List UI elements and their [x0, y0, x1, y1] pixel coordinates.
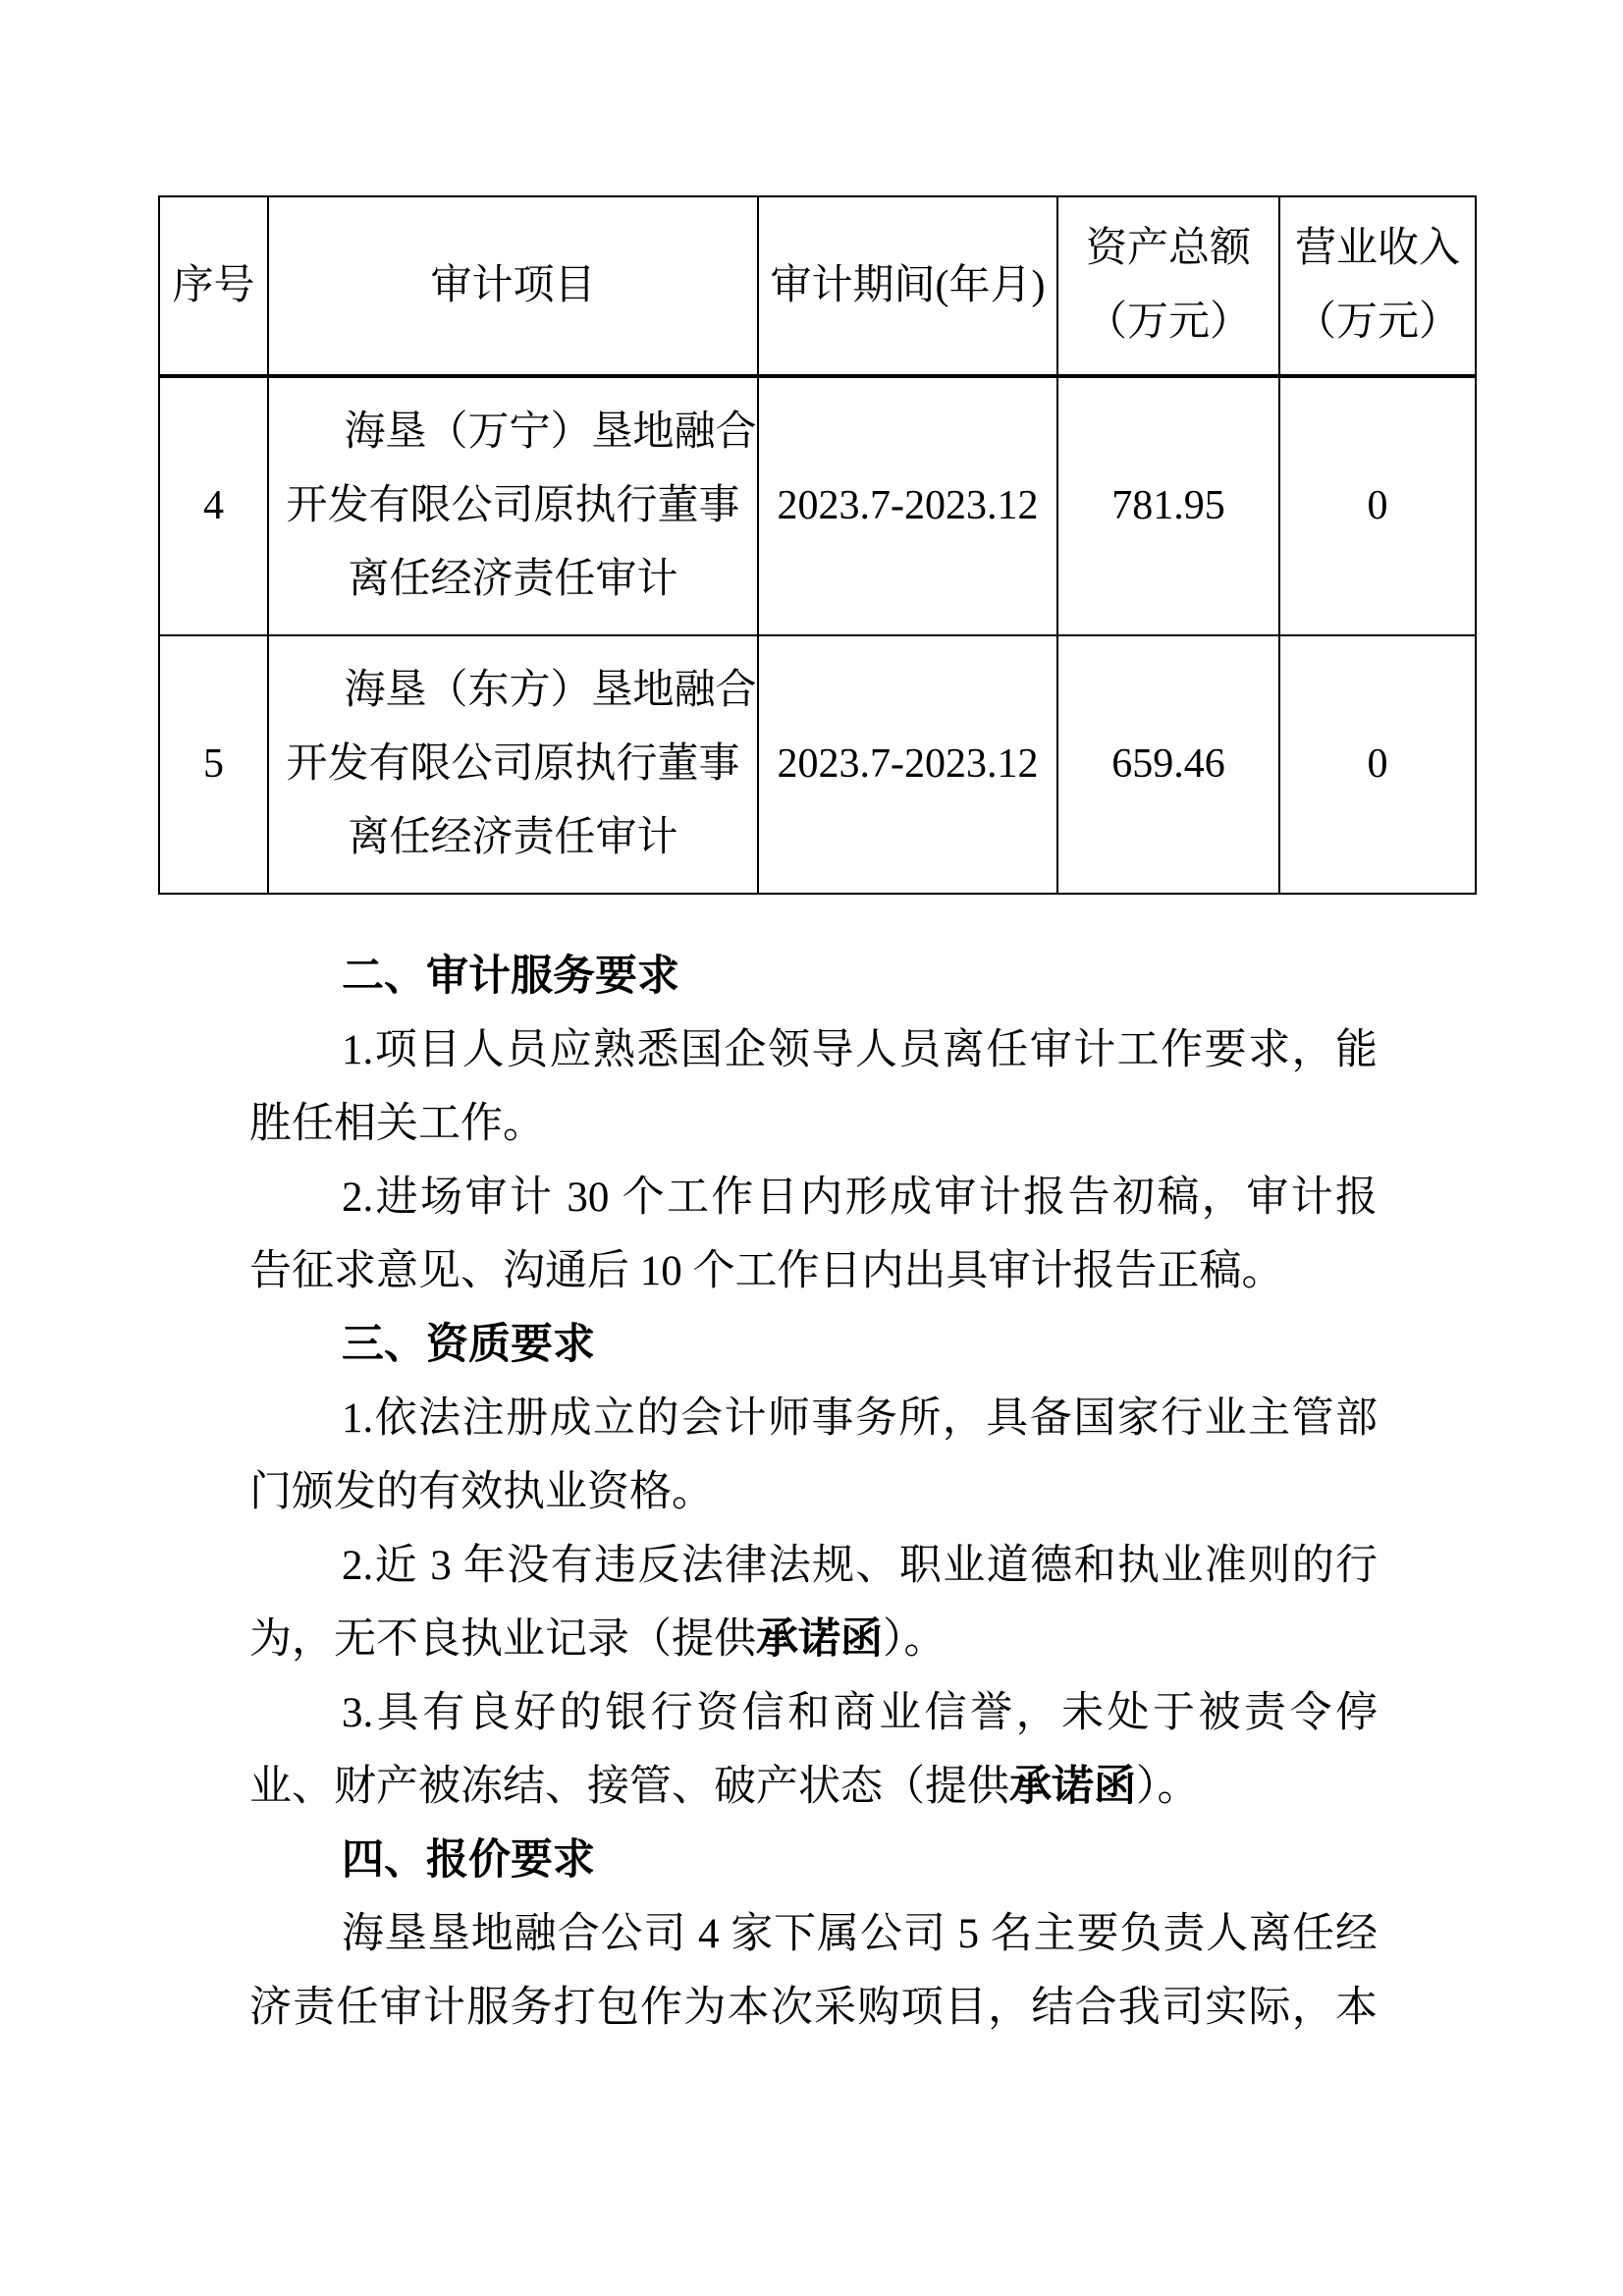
body-line: 2.近 3 年没有违反法律法规、职业道德和执业准则的行	[249, 1529, 1378, 1603]
cell-seq: 5	[159, 635, 268, 894]
project-line: 开发有限公司原执行董事	[269, 728, 757, 801]
header-label-line1: 资产总额	[1058, 212, 1278, 286]
body-line: 告征求意见、沟通后 10 个工作日内出具审计报告正稿。	[249, 1234, 1378, 1308]
section-heading-audit-service: 二、审计服务要求	[249, 940, 1378, 1013]
project-line: 海垦（万宁）垦地融合	[269, 396, 757, 469]
cell-period: 2023.7-2023.12	[758, 376, 1057, 635]
cell-project: 海垦（万宁）垦地融合 开发有限公司原执行董事 离任经济责任审计	[268, 376, 758, 635]
cell-revenue: 0	[1279, 635, 1476, 894]
cell-project: 海垦（东方）垦地融合 开发有限公司原执行董事 离任经济责任审计	[268, 635, 758, 894]
header-label: 审计项目	[269, 249, 757, 323]
cell-period: 2023.7-2023.12	[758, 635, 1057, 894]
body-line: 2.进场审计 30 个工作日内形成审计报告初稿，审计报	[249, 1161, 1378, 1234]
body-line: 海垦垦地融合公司 4 家下属公司 5 名主要负责人离任经	[249, 1897, 1378, 1971]
section-heading-qualification: 三、资质要求	[249, 1308, 1378, 1382]
cell-assets: 781.95	[1057, 376, 1279, 635]
body-line: 3.具有良好的银行资信和商业信誉，未处于被责令停	[249, 1676, 1378, 1750]
project-line: 离任经济责任审计	[269, 801, 757, 875]
document-page: 序号 审计项目 审计期间(年月) 资产总额 （万元） 营业收入 （万元）	[0, 0, 1623, 2296]
body-line: 济责任审计服务打包作为本次采购项目，结合我司实际，本	[249, 1971, 1378, 2045]
project-line: 海垦（东方）垦地融合	[269, 654, 757, 728]
body-line: 业、财产被冻结、接管、破产状态（提供承诺函）。	[249, 1750, 1378, 1824]
table-row: 5 海垦（东方）垦地融合 开发有限公司原执行董事 离任经济责任审计 2023.7…	[159, 635, 1476, 894]
section-heading-quotation: 四、报价要求	[249, 1824, 1378, 1897]
header-cell-project: 审计项目	[268, 196, 758, 376]
table-header-row: 序号 审计项目 审计期间(年月) 资产总额 （万元） 营业收入 （万元）	[159, 196, 1476, 376]
body-text-block: 二、审计服务要求 1.项目人员应熟悉国企领导人员离任审计工作要求，能 胜任相关工…	[249, 940, 1378, 2045]
cell-assets: 659.46	[1057, 635, 1279, 894]
header-label: 审计期间(年月)	[759, 249, 1056, 323]
table-row: 4 海垦（万宁）垦地融合 开发有限公司原执行董事 离任经济责任审计 2023.7…	[159, 376, 1476, 635]
body-line: 1.依法注册成立的会计师事务所，具备国家行业主管部	[249, 1382, 1378, 1455]
body-line: 1.项目人员应熟悉国企领导人员离任审计工作要求，能	[249, 1013, 1378, 1087]
header-label-line1: 营业收入	[1280, 212, 1475, 286]
audit-projects-table: 序号 审计项目 审计期间(年月) 资产总额 （万元） 营业收入 （万元）	[158, 195, 1477, 895]
header-cell-seq: 序号	[159, 196, 268, 376]
header-cell-period: 审计期间(年月)	[758, 196, 1057, 376]
project-line: 离任经济责任审计	[269, 543, 757, 617]
project-line: 开发有限公司原执行董事	[269, 469, 757, 543]
cell-seq: 4	[159, 376, 268, 635]
header-label: 序号	[160, 249, 267, 323]
cell-revenue: 0	[1279, 376, 1476, 635]
header-cell-assets: 资产总额 （万元）	[1057, 196, 1279, 376]
body-line: 胜任相关工作。	[249, 1087, 1378, 1161]
header-label-line2: （万元）	[1280, 286, 1475, 359]
header-cell-revenue: 营业收入 （万元）	[1279, 196, 1476, 376]
body-line: 为，无不良执业记录（提供承诺函）。	[249, 1603, 1378, 1676]
body-line: 门颁发的有效执业资格。	[249, 1455, 1378, 1529]
header-label-line2: （万元）	[1058, 286, 1278, 359]
